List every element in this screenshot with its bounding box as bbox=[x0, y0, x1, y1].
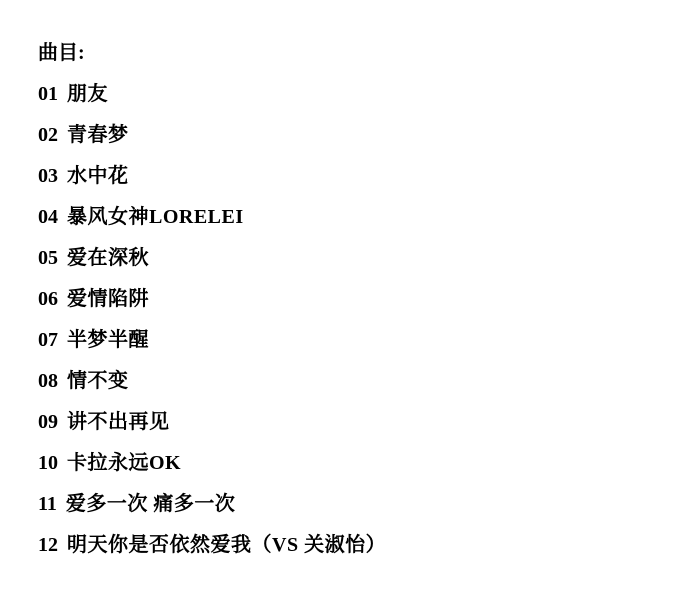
track-title: 卡拉永远OK bbox=[67, 443, 181, 484]
track-number: 02 bbox=[38, 115, 58, 156]
track-row: 08情不变 bbox=[38, 361, 675, 402]
tracklist-document: 曲目: 01朋友 02青春梦 03水中花 04暴风女神LORELEI 05爱在深… bbox=[0, 0, 695, 614]
track-number: 06 bbox=[38, 279, 58, 320]
track-number: 04 bbox=[38, 197, 58, 238]
track-number: 11 bbox=[38, 484, 57, 525]
track-row: 10卡拉永远OK bbox=[38, 443, 675, 484]
track-title: 爱情陷阱 bbox=[67, 279, 149, 320]
track-title: 爱在深秋 bbox=[67, 238, 149, 279]
track-number: 03 bbox=[38, 156, 58, 197]
track-number: 01 bbox=[38, 74, 58, 115]
track-number: 05 bbox=[38, 238, 58, 279]
track-row: 09讲不出再见 bbox=[38, 402, 675, 443]
track-title: 朋友 bbox=[67, 74, 108, 115]
track-number: 12 bbox=[38, 525, 58, 566]
track-title: 情不变 bbox=[67, 361, 129, 402]
track-title: 明天你是否依然爱我（VS 关淑怡） bbox=[67, 525, 386, 566]
track-row: 02青春梦 bbox=[38, 115, 675, 156]
track-row: 04暴风女神LORELEI bbox=[38, 197, 675, 238]
track-row: 01朋友 bbox=[38, 74, 675, 115]
track-title: 爱多一次 痛多一次 bbox=[66, 484, 236, 525]
track-row: 06爱情陷阱 bbox=[38, 279, 675, 320]
track-row: 03水中花 bbox=[38, 156, 675, 197]
track-row: 12明天你是否依然爱我（VS 关淑怡） bbox=[38, 525, 675, 566]
track-row: 07半梦半醒 bbox=[38, 320, 675, 361]
track-title: 暴风女神LORELEI bbox=[67, 197, 244, 238]
track-number: 07 bbox=[38, 320, 58, 361]
track-number: 08 bbox=[38, 361, 58, 402]
tracklist-heading-label: 曲目: bbox=[38, 42, 85, 64]
track-title: 讲不出再见 bbox=[67, 402, 170, 443]
track-number: 09 bbox=[38, 402, 58, 443]
tracklist-heading: 曲目: bbox=[38, 33, 675, 74]
track-row: 05爱在深秋 bbox=[38, 238, 675, 279]
track-title: 半梦半醒 bbox=[67, 320, 149, 361]
track-title: 青春梦 bbox=[67, 115, 129, 156]
track-title: 水中花 bbox=[67, 156, 129, 197]
track-row: 11爱多一次 痛多一次 bbox=[38, 484, 675, 525]
track-number: 10 bbox=[38, 443, 58, 484]
